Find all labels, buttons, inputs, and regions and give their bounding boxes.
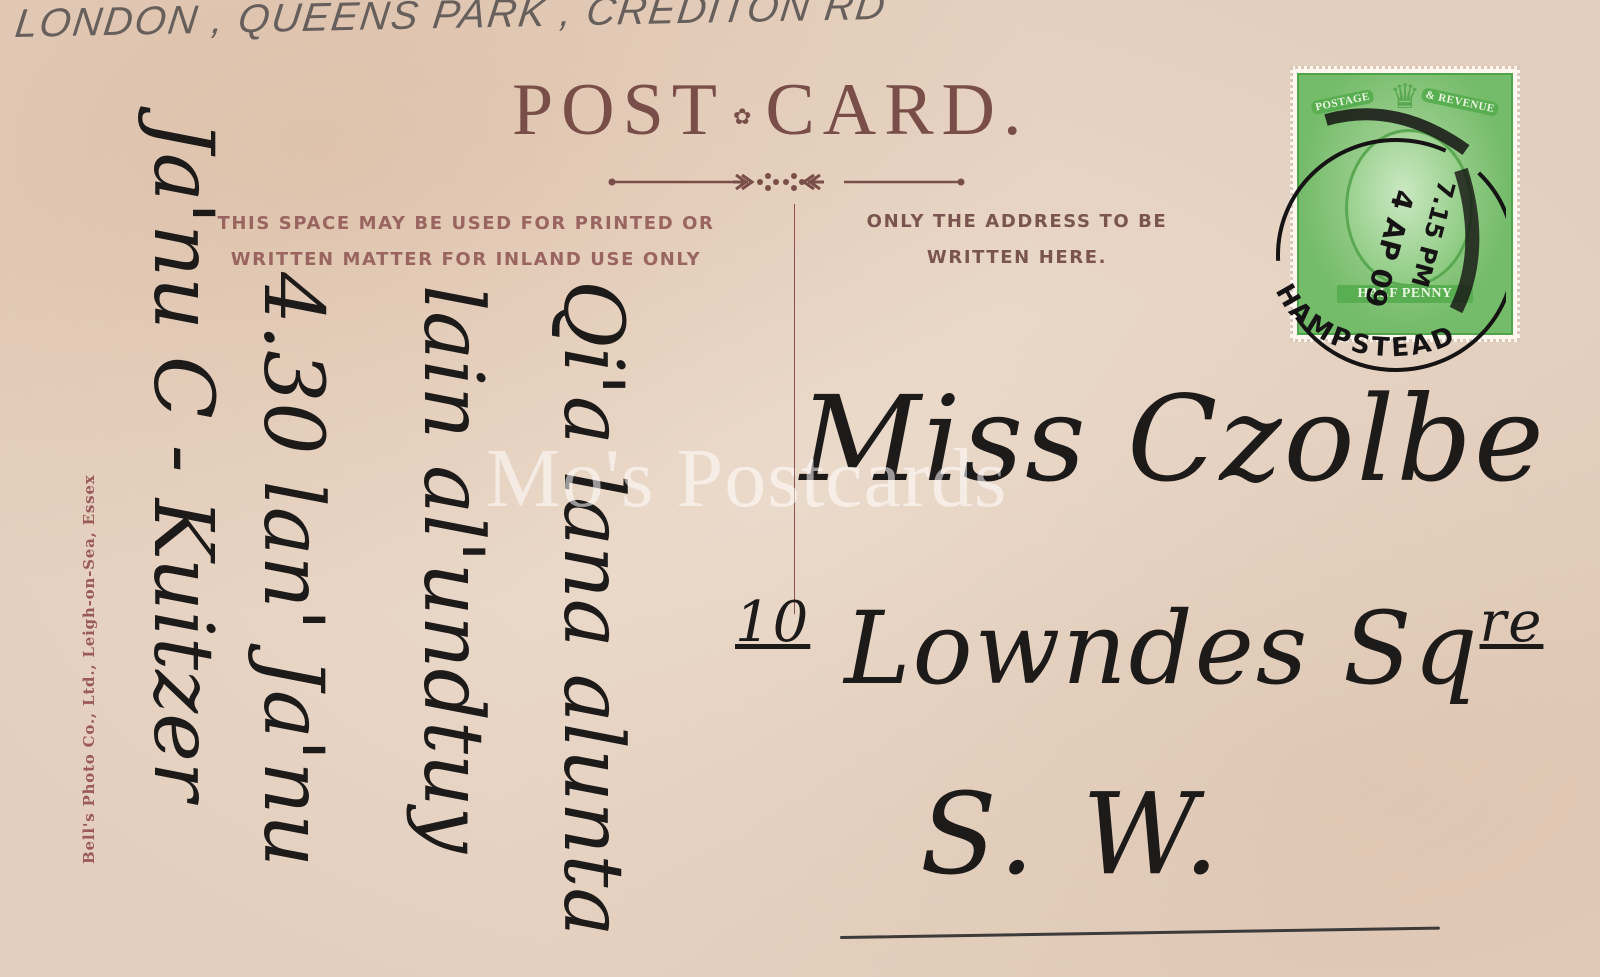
post-card-heading: POST✿CARD. (512, 68, 1030, 153)
flourish-divider-icon (608, 170, 988, 194)
message-line-1: Qi'a lana alunta (545, 280, 640, 936)
street-number: 10 (735, 590, 810, 655)
street-name: Lowndes Sq (844, 590, 1479, 707)
message-instruction-line-1: THIS SPACE MAY BE USED FOR PRINTED OR (176, 206, 756, 242)
message-line-3: 4.30 lan' Ja'nu (245, 272, 340, 867)
recipient-street: 10 Lowndes Sqre (735, 590, 1543, 707)
center-divider-line (794, 204, 795, 614)
street-suffix: re (1480, 590, 1544, 655)
watermark: Mo's Postcards (486, 430, 1008, 527)
address-instruction-line-1: ONLY THE ADDRESS TO BE (832, 204, 1202, 240)
rosette-icon: ✿ (733, 104, 751, 130)
king-portrait-icon (1345, 129, 1473, 287)
address-instruction-line-2: WRITTEN HERE. (832, 240, 1202, 276)
crown-icon: ♛ (1390, 81, 1420, 115)
stamp-design: ♛ POSTAGE & REVENUE HALF PENNY (1297, 73, 1513, 335)
halfpenny-stamp: ♛ POSTAGE & REVENUE HALF PENNY (1290, 66, 1520, 342)
message-line-2: lain al'undtuy (405, 285, 500, 853)
heading-post: POST (512, 69, 725, 151)
address-underline (840, 927, 1440, 939)
pencil-location-caption: LONDON , QUEENS PARK , CREDITON RD (13, 0, 890, 47)
postcard-back: LONDON , QUEENS PARK , CREDITON RD POST✿… (0, 0, 1600, 977)
stamp-value-label: HALF PENNY (1337, 285, 1473, 303)
address-side-instructions: ONLY THE ADDRESS TO BE WRITTEN HERE. (832, 204, 1202, 276)
recipient-district: S. W. (920, 770, 1225, 900)
message-side-instructions: THIS SPACE MAY BE USED FOR PRINTED OR WR… (176, 206, 756, 278)
stamp-postage-label: POSTAGE (1310, 89, 1375, 116)
publisher-imprint: Bell's Photo Co., Ltd., Leigh-on-Sea, Es… (80, 475, 98, 865)
heading-card: CARD. (765, 69, 1029, 151)
stamp-revenue-label: & REVENUE (1420, 87, 1499, 117)
message-line-4: Ja'nu C - Kuitzer (135, 120, 230, 801)
